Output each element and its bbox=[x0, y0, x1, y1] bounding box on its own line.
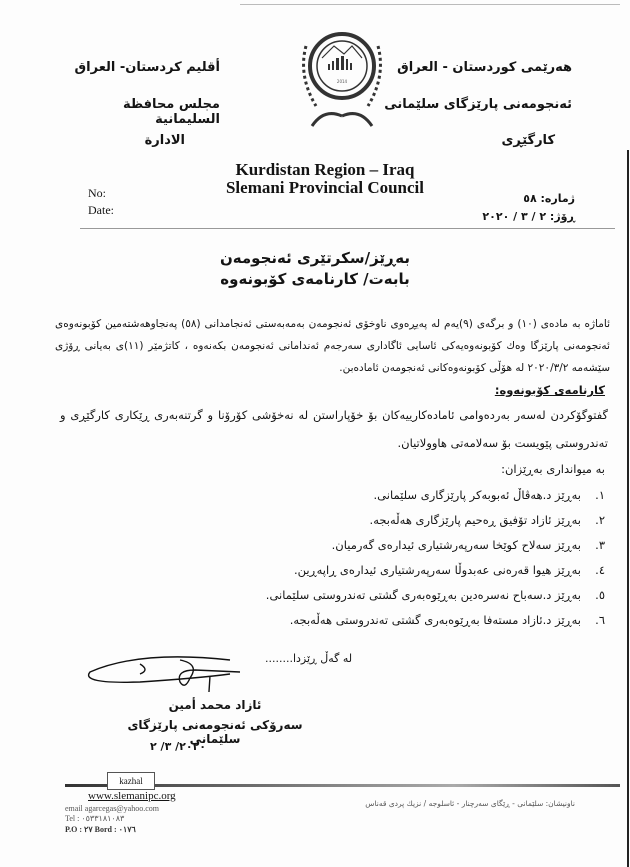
guest-item: ٣.بەڕێز سەلاح کوێخا سەرپەرشتیاری ئیدارەی… bbox=[332, 538, 605, 552]
signatory-role: سەرۆکی ئەنجومەنی پارێزگای سلێمانی bbox=[105, 718, 325, 746]
number-label-en: No: bbox=[88, 186, 106, 201]
recipient-line: بەڕێز/سکرتێری ئەنجومەن bbox=[100, 249, 530, 267]
letterhead-kurdish-region: هەرێمی کوردستان - العراق bbox=[397, 60, 572, 75]
date-label-en: Date: bbox=[88, 203, 114, 218]
top-border-line bbox=[240, 4, 620, 5]
letterhead-english-council: Slemani Provincial Council bbox=[200, 178, 450, 198]
agenda-text: گفتوگۆکردن لەسەر بەردەوامی ئامادەکارییەک… bbox=[60, 401, 608, 457]
council-emblem-logo: 2014 bbox=[294, 16, 390, 148]
signature-date: ٢٠٢٠/ ٣/ ٢ bbox=[150, 740, 206, 753]
letterhead-kurdish-dept: کارگێڕی bbox=[501, 133, 555, 148]
handwritten-signature bbox=[80, 652, 250, 692]
closing-regards: لە گەڵ ڕێزدا........ bbox=[265, 652, 352, 665]
intro-paragraph: ئاماژە بە مادەی (١٠) و برگەی (٩)یەم لە پ… bbox=[55, 313, 610, 379]
guest-item: ٢.بەڕێز ئازاد تۆفیق ڕەحیم پارێزگاری هەڵە… bbox=[370, 513, 605, 527]
letterhead-english-region: Kurdistan Region – Iraq bbox=[200, 160, 450, 180]
header-divider bbox=[80, 228, 615, 229]
letter-date: ڕۆژ: ٢ / ٣ / ٢٠٢٠ bbox=[482, 210, 575, 223]
letterhead-kurdish-council: ئەنجومەنی پارێزگای سلێمانی bbox=[384, 97, 572, 112]
guest-item: ٤.بەڕێز هیوا قەرەنی عەبدوڵا سەرپەرشتیاری… bbox=[294, 563, 605, 577]
agenda-heading: کارنامەی کۆبونەوە: bbox=[495, 383, 605, 397]
subject-line: بابەت/ کارنامەی کۆبونەوە bbox=[100, 270, 530, 288]
po-box: P.O : ٢٧ Bord : ٠١٧٦ bbox=[65, 825, 136, 834]
guest-item: ١.بەڕێز د.هەڤاڵ ئەبوبەکر پارێزگاری سلێما… bbox=[374, 488, 605, 502]
email-address[interactable]: email agarcegas@yahoo.com bbox=[65, 804, 159, 813]
letterhead-arabic-council: مجلس محافظة السليمانية bbox=[70, 97, 220, 127]
guests-heading: بە میوانداری بەڕێزان: bbox=[501, 462, 605, 476]
website-link[interactable]: www.slemanipc.org bbox=[88, 790, 176, 802]
signatory-name: ئازاد محمد أمين bbox=[150, 698, 280, 712]
typist-stamp: kazhal bbox=[107, 772, 155, 790]
letterhead-arabic-dept: الادارة bbox=[70, 133, 185, 148]
guest-item: ٦.بەڕێز د.ئازاد مستەفا بەڕێوەبەری گشتی ت… bbox=[290, 613, 605, 627]
svg-text:2014: 2014 bbox=[337, 79, 348, 84]
letter-number: ژمارە: ٥٨ bbox=[523, 192, 575, 205]
postal-address: ناونیشان: سلێمانی - ڕێگای سەرچنار - ئاسل… bbox=[365, 799, 575, 808]
guest-item: ٥.بەڕێز د.سەباح نەسرەدین بەڕێوەبەری گشتی… bbox=[266, 588, 605, 602]
letterhead-arabic-region: أقليم كردستان- العراق bbox=[70, 60, 220, 75]
telephone: Tel : ٠٥٣٣١٨١٠٨٣ bbox=[65, 814, 124, 823]
page-right-edge bbox=[627, 150, 629, 867]
